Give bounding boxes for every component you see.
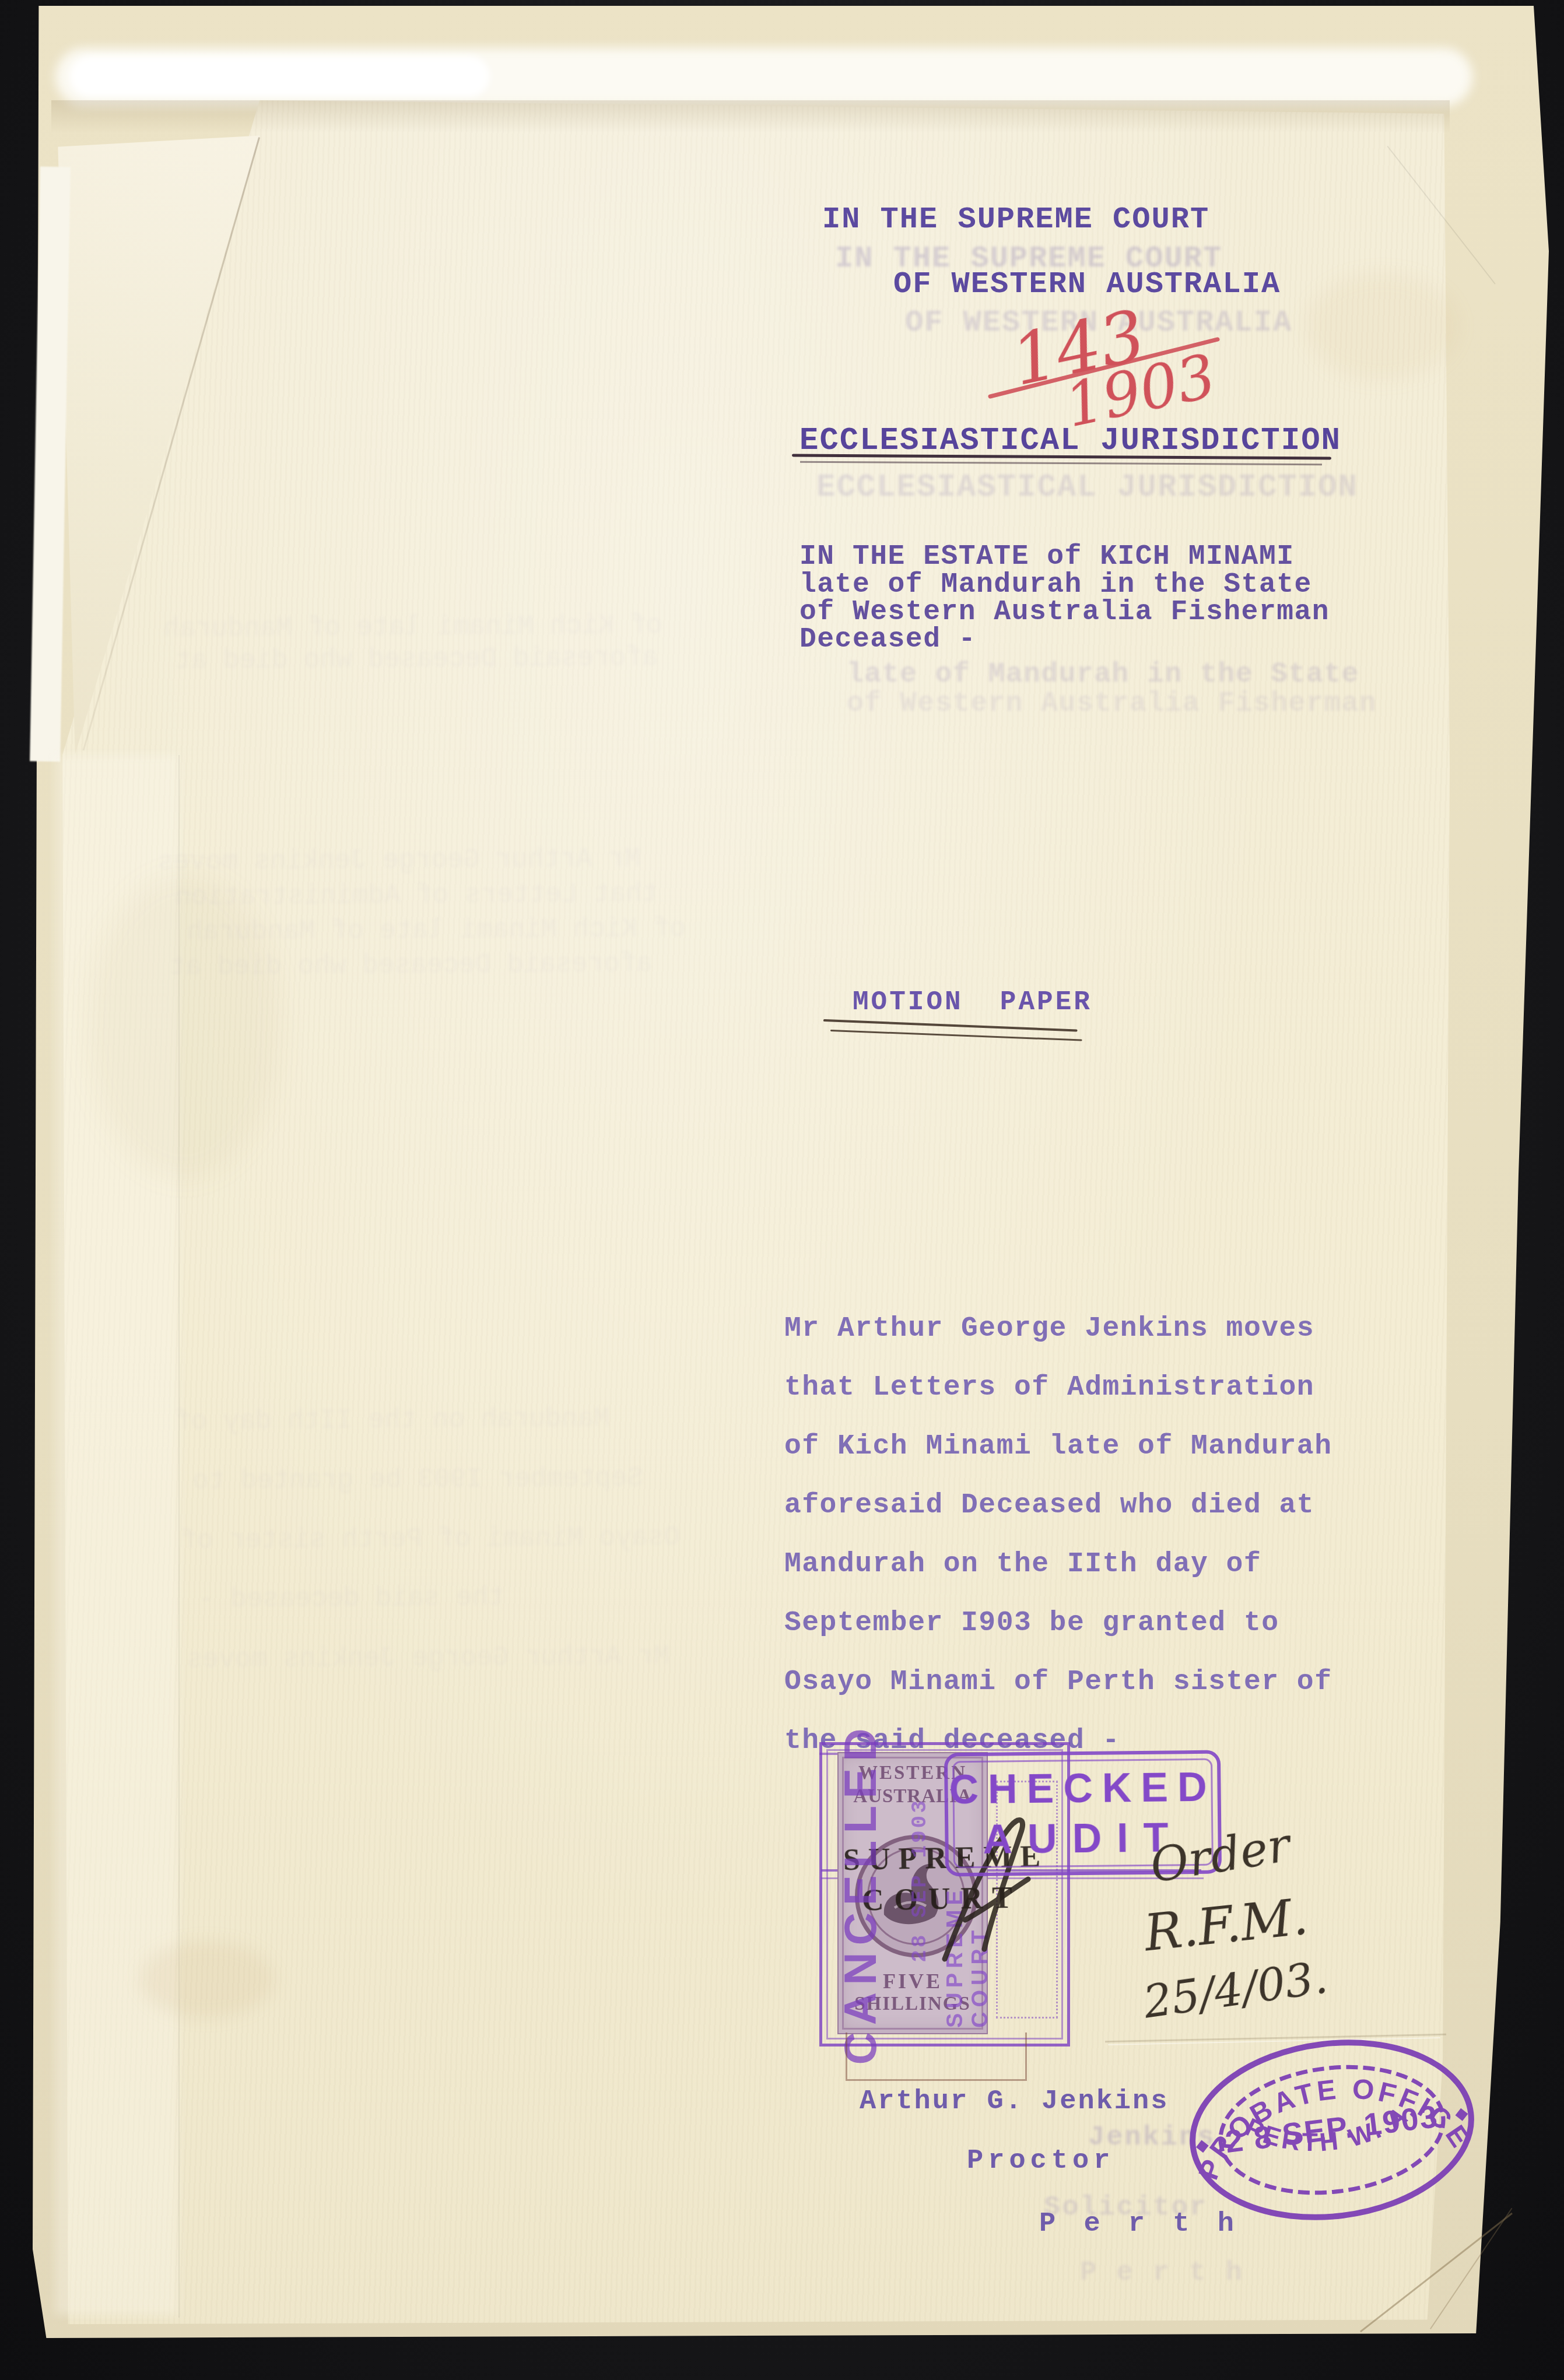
ghost-text: Mr Arthur George Jenkins moves	[157, 844, 640, 877]
diamond-ornament-icon	[1454, 2107, 1469, 2122]
page-top-shadow	[51, 100, 1450, 133]
ghost-text: the said deceased -	[198, 1582, 504, 1615]
estate-line: Deceased -	[799, 624, 976, 655]
cancelled-text: CANCELLED	[834, 1722, 887, 2065]
ghost-text: aforesaid Deceased who died at	[175, 643, 658, 676]
signature-name: Arthur G. Jenkins	[860, 2086, 1169, 2117]
ghost-text: Mandurah on the IIth day of	[175, 1403, 610, 1437]
body-line: Osayo Minami of Perth sister of	[784, 1666, 1332, 1698]
estate-ghost: late of Mandurah in the State	[847, 659, 1359, 690]
jurisdiction-ghost: ECCLESIASTICAL JURISDICTION	[816, 470, 1358, 506]
jurisdiction-heading: ECCLESIASTICAL JURISDICTION	[799, 423, 1341, 459]
checked-text: CHECKED	[949, 1764, 1216, 1813]
paper-stain	[140, 1942, 274, 2017]
body-line: of Kich Minami late of Mandurah	[784, 1431, 1332, 1462]
ghost-text: Osayo Minami of Perth sister of	[181, 1522, 680, 1556]
court-title-line1: IN THE SUPREME COURT	[822, 202, 1209, 237]
ghost-text: Mr Arthur George Jenkins moves	[187, 1641, 669, 1675]
probate-office-stamp: PROBATE OFFICE PERTH W. A. 2 8 SEP. 1903	[1168, 2010, 1497, 2249]
ghost-text: aforesaid Deceased who died at	[169, 949, 652, 982]
body-line: Mr Arthur George Jenkins moves	[784, 1313, 1314, 1345]
body-line: aforesaid Deceased who died at	[784, 1490, 1314, 1521]
estate-line: IN THE ESTATE of KICH MINAMI	[799, 541, 1295, 573]
deckled-edge-highlight	[70, 56, 490, 97]
ghost-text: of Kich Minami late of Mandurah	[187, 914, 686, 947]
signature-role: Proctor	[967, 2146, 1114, 2177]
body-line: that Letters of Administration	[784, 1372, 1314, 1403]
estate-ghost: of Western Australia Fisherman	[847, 688, 1377, 719]
body-line: Mandurah on the IIth day of	[784, 1549, 1261, 1580]
scanned-document-photo: of Kich Minami late of Mandurah aforesai…	[0, 0, 1564, 2380]
signature-city-ghost: P e r t h	[1080, 2258, 1244, 2288]
ghost-text: that Letters of Administration	[175, 879, 658, 912]
estate-line: late of Mandurah in the State	[799, 569, 1312, 601]
court-title-line2: OF WESTERN AUSTRALIA	[893, 267, 1281, 301]
body-line: September I903 be granted to	[784, 1607, 1279, 1639]
cancelled-overprint: CANCELLED	[828, 1730, 892, 2056]
old-stamp-remnant	[846, 2033, 1027, 2081]
ghost-text: of Kich Minami late of Mandurah	[163, 610, 662, 644]
estate-line: of Western Australia Fisherman	[799, 596, 1330, 628]
paper-stain	[1306, 274, 1458, 379]
ghost-text: September I903 be granted to	[192, 1463, 643, 1496]
motion-heading: MOTION PAPER	[853, 987, 1092, 1017]
diamond-ornament-icon	[1195, 2139, 1210, 2154]
